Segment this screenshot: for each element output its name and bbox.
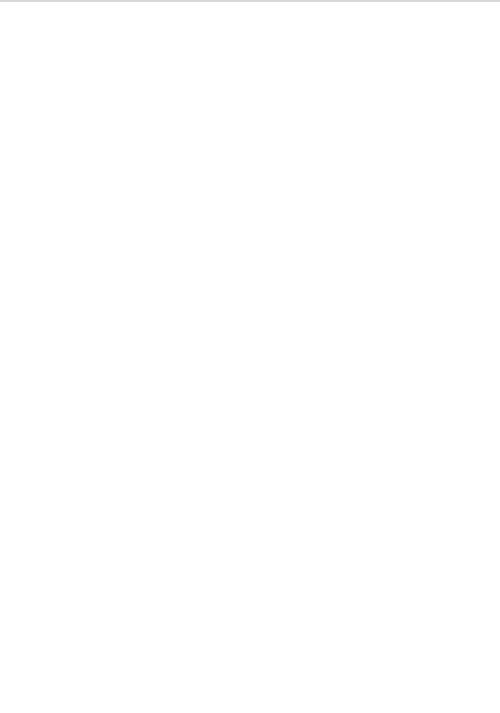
section-7 — [57, 369, 67, 383]
tender-announcement-document — [0, 0, 500, 713]
